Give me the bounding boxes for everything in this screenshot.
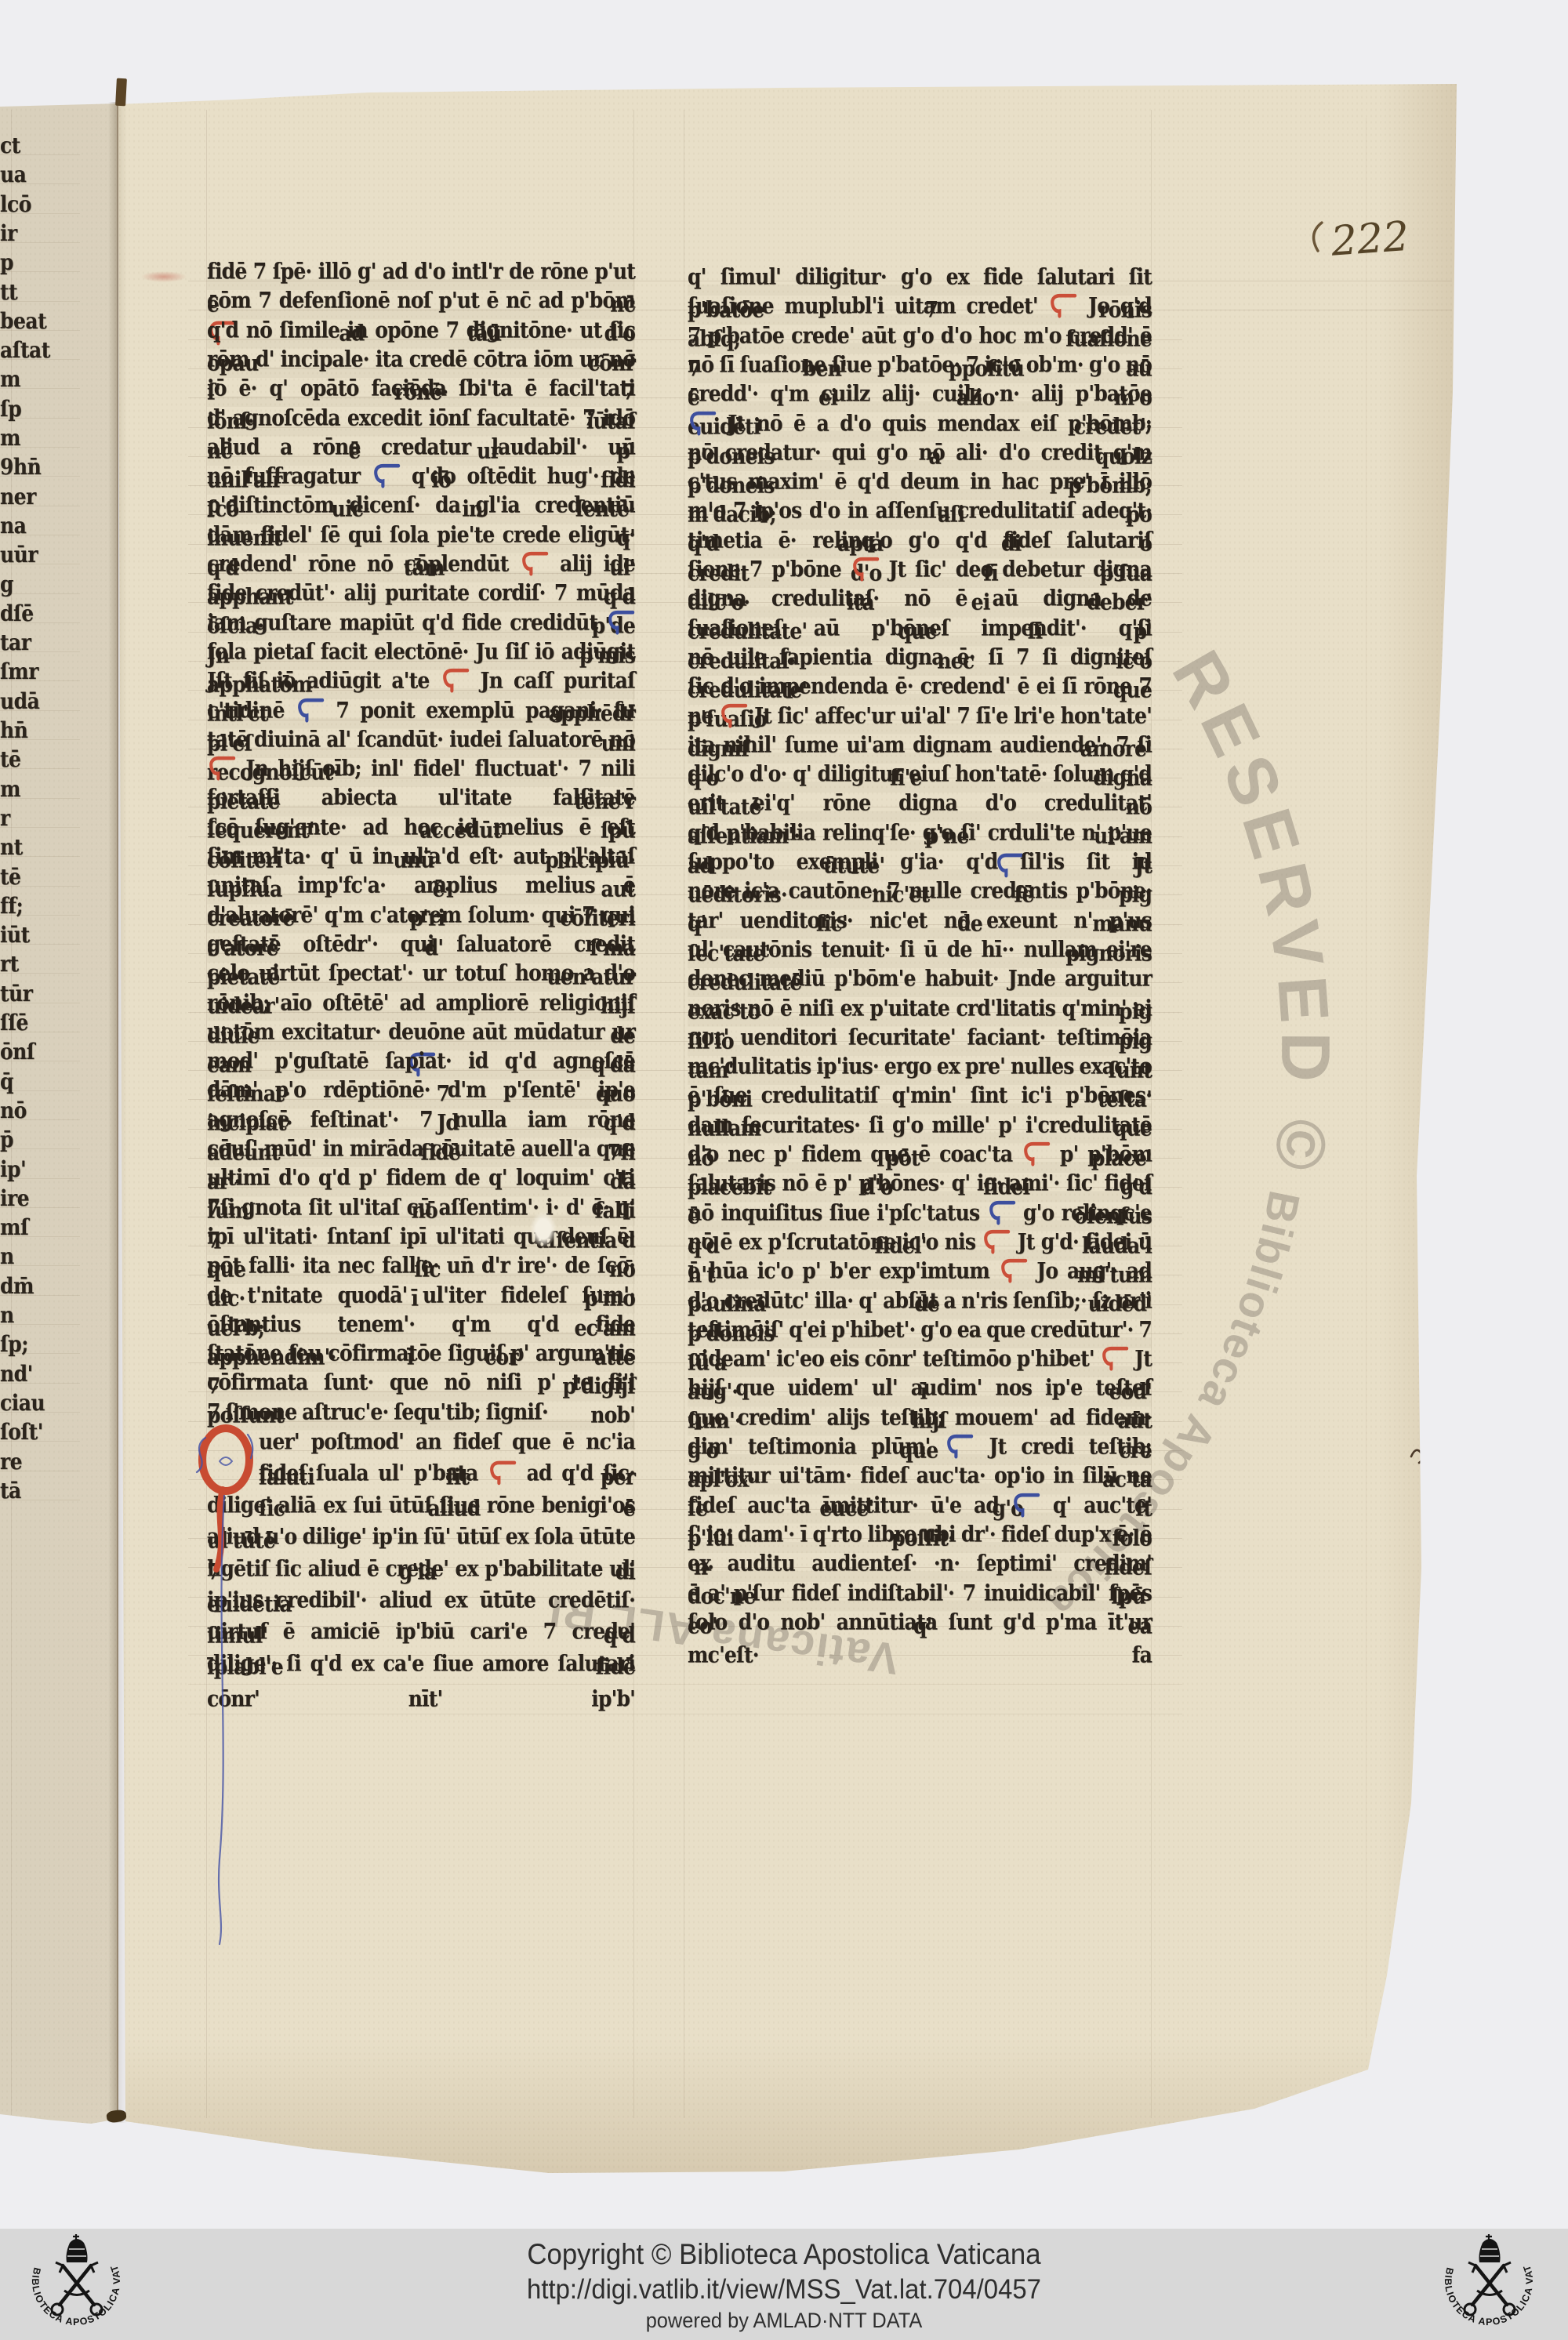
facing-page-line-ending: re: [0, 1445, 22, 1478]
facing-page-line-ending: lcō: [0, 187, 31, 220]
manuscript-line: ſuaſioneſ aū p'bōneſ impendit'· q'ſi cre…: [688, 611, 1152, 644]
manuscript-line: ſolo d'o nob' annūtiata ſunt g'd p'ma īt…: [688, 1605, 1152, 1638]
facing-page-line-ending: r: [0, 801, 10, 834]
facing-page-line-ending: dm̄: [0, 1269, 34, 1302]
facing-page-line-ending: ſmr: [0, 655, 38, 688]
facing-page-line-ending: rt: [0, 948, 19, 981]
manuscript-line: 7ſi gnota ſit ul'itaſ cū aſſentim'· i· d…: [207, 1191, 635, 1224]
facing-page-line-ending: 9hn̄: [0, 451, 41, 484]
manuscript-line: tar' uenditoris· nic'et nō exeunt n' p'u…: [688, 904, 1152, 937]
facing-page-line-ending: mſ: [0, 1211, 28, 1244]
facing-page-line-ending: ip': [0, 1152, 26, 1185]
facing-page-line-ending: ſp: [0, 392, 21, 425]
facing-page-line-ending: g: [0, 568, 13, 600]
manuscript-line: fidē 7 ſpē· illō g' ad d'o intl'r de rōn…: [207, 255, 635, 288]
manuscript-line: Jn hijſ oīb; inl' fidel' fluctuat'· 7 ni…: [207, 752, 635, 785]
ruling-line-vertical: [684, 110, 684, 2118]
manuscript-line: de t'nitate quodā' ul'iter fideleſ ſum'·…: [207, 1279, 635, 1311]
binding-gutter-line: [117, 104, 118, 2119]
manuscript-line: 7 p'batōe crede' aūt g'o d'o hoc m'o cre…: [688, 319, 1152, 352]
manuscript-line: fideſ auc'ta īmittitur· ū'e ad q' auc'te…: [688, 1489, 1152, 1522]
facing-page-line-ending: uūr: [0, 539, 38, 571]
manuscript-line: ul' cautōnis tenuit· ſi ū de hī·· nullam…: [688, 933, 1152, 966]
manuscript-line: nō credatur· qui g'o nō ali· d'o credit …: [688, 436, 1152, 469]
manuscript-line: dilc'o d'o· q' diligitur eiuſ hon'tatē· …: [688, 757, 1152, 790]
facing-page-line-ending: ire: [0, 1181, 29, 1214]
facing-page-line-ending: p̄: [0, 1123, 13, 1156]
ruling-line-vertical: [1366, 118, 1367, 2038]
manuscript-line: fide credūt'· alij puritate cordiſ· 7 mū…: [207, 576, 635, 609]
paraph-mark-red: [1023, 1141, 1049, 1166]
digitized-manuscript-viewer-page: { "page": { "folio_number": "222", "foli…: [0, 0, 1568, 2340]
facing-page-line-ending: ōnſ: [0, 1036, 34, 1068]
facing-page-line-ending: tūr: [0, 977, 32, 1010]
manuscript-line: ex auditu audienteſ· ·n· ſeptimi' credim…: [688, 1547, 1152, 1580]
manuscript-line: ſuppo'to exempli g'ia· q'd ſil'is ſit id…: [688, 845, 1152, 878]
paraph-mark-blue: [946, 1433, 972, 1458]
manuscript-line: que credim' alijs teſtib; mouem' ad fide…: [688, 1401, 1152, 1434]
facing-page-line-ending: tā: [0, 1474, 21, 1507]
page-edge-shading-right: [1380, 84, 1458, 2122]
paraph-mark-blue: [373, 463, 399, 488]
manuscript-line: celo uirtūt ſpectat'· ur totuſ homo a d'…: [207, 956, 635, 989]
paraph-mark-red: [720, 702, 746, 727]
crossed-keys-emblem: [1465, 2234, 1515, 2315]
manuscript-line: erit ei'q' rōne digna d'o credulitat' aſ…: [688, 787, 1152, 820]
ruling-line-horizontal: [0, 827, 80, 828]
facing-page-line-ending: tē: [0, 743, 20, 776]
facing-page-line-ending: ciau: [0, 1386, 45, 1419]
facing-page-line-ending: iūt: [0, 919, 30, 952]
manuscript-line: dim' teſtimonia plūm' Jt credi teſtib; a…: [688, 1430, 1152, 1463]
manuscript-line: ipī ul'itati· ſntanſ ipī ul'itati que de…: [207, 1220, 635, 1253]
facing-page-line-ending: ua: [0, 158, 26, 191]
parchment-repair-spot: [530, 1211, 557, 1247]
manuscript-line: ultimī d'o q'd p' fidem de q' loquim' c'…: [207, 1161, 635, 1194]
manuscript-line: ne Jt ſic' affec'ur ui'al' 7 ſī'e lri'e …: [688, 699, 1152, 732]
manuscript-line: uideam' ic'eo eis cōnr' teſtimōo p'hibet…: [688, 1342, 1152, 1375]
facing-page-line-ending: nt: [0, 831, 23, 864]
manuscript-line: ſcō ſug'ente· ad hoc id melius ē eſt cōf…: [207, 811, 635, 843]
paraph-mark-blue: [1013, 1491, 1039, 1516]
paraph-mark-red: [209, 755, 234, 780]
source-url: http://digi.vatlib.it/view/MSS_Vat.lat.7…: [47, 2274, 1521, 2306]
manuscript-line: geſtatē oſtēdr'· qui ſaluatorē credit pi…: [207, 927, 635, 960]
manuscript-line: ſola pietaſ facit electōnē· Ju ſiſ iō ad…: [207, 635, 635, 668]
page-edge-shading-bottom: [118, 2038, 1419, 2179]
facing-page-line-ending: ct: [0, 129, 20, 162]
manuscript-line: tatē diuinā al' ſcandūt· iudei ſaluatorē…: [207, 723, 635, 756]
manuscript-line: rōnib; aīo oſtētē' ad ampliorē religioni…: [207, 986, 635, 1019]
paraph-mark-red: [442, 667, 468, 692]
facing-page-line-ending: ſp;: [0, 1328, 28, 1361]
manuscript-line: credd'· q'm cuilz alij· cuilz ·n· alij p…: [688, 377, 1152, 410]
facing-page-line-ending: tt: [0, 275, 17, 308]
manuscript-page: RESERVED © Biblioteca Apostolica Vatican…: [0, 0, 1568, 2340]
red-stain: [141, 271, 187, 282]
facing-page-line-ending: m: [0, 422, 20, 455]
manuscript-line: aliud a rōne credatur laudabil'· un̄ uni…: [207, 430, 635, 463]
manuscript-line: nor' uenditori ſecuritate' faciant· teſt…: [688, 1021, 1152, 1054]
manuscript-line: cōm 7 defenſionē noſ p'ut ē nc̄ ad p'bōm…: [207, 284, 635, 317]
facing-page-line-ending: p: [0, 246, 13, 279]
svg-text:BIBLIOTECA APOSTOLICA VATICANA: BIBLIOTECA APOSTOLICA VATICANA: [5, 2222, 122, 2327]
facing-page-line-ending: tar: [0, 626, 31, 659]
manuscript-line: credend' rōne nō cōplendūt alij ide apph…: [207, 547, 635, 580]
paraph-mark-red: [521, 550, 547, 575]
manuscript-line: teſtimōiſ' q'ei p'hibet'· g'o ea que cre…: [688, 1313, 1152, 1346]
manuscript-line: unitaſ imp'fc'a· amplius melius ē creato…: [207, 869, 635, 902]
manuscript-line: ē a' p'ſur fideſ indiſtabil'· 7 inuidica…: [688, 1576, 1152, 1609]
manuscript-line: hijſ que uidem' ul' audim' nos ip'e teſt…: [688, 1372, 1152, 1405]
paraph-mark-red: [983, 1228, 1009, 1253]
facing-page-line-ending: ir: [0, 216, 17, 249]
manuscript-line: nō ſuffragatur q'do oſtēdit hug'· de ſcō…: [207, 459, 635, 492]
manuscript-line: ſtatōne ſeu cōfirmatōe ſiguiſ p' argum't…: [207, 1337, 635, 1370]
facing-page-line-ending: aſtat: [0, 334, 50, 367]
manuscript-line: dām fidel' ſē qui ſola pie'te crede elig…: [207, 518, 635, 551]
manuscript-line: q'd p'babilia relinq'ſe· g'o ſi' crduli'…: [688, 816, 1152, 849]
manuscript-line: p'diſtinctōm dicenſ· da gl'ia credentiū …: [207, 489, 635, 522]
facing-page-line-ending: dſē: [0, 597, 34, 629]
crossed-keys-emblem: [52, 2234, 102, 2315]
facing-page-line-ending: ſſē: [0, 1007, 28, 1039]
facing-page-line-ending: na: [0, 509, 26, 542]
manuscript-line: d'o nec p' fidem que ē coac'ta p' p'bōm …: [688, 1137, 1152, 1170]
powered-by-text: powered by AMLAD·NTT DATA: [47, 2309, 1521, 2333]
facing-page-line-ending: ff;: [0, 889, 23, 922]
manuscript-line: nō uile ſapientia digna ē· ſī 7 ſi digni…: [688, 640, 1152, 673]
manuscript-line: digna credulitaſ· nō ē aū digna de credu…: [688, 582, 1152, 615]
manuscript-line: noris nō ē niſi ex p'uitate crd'litatis …: [688, 992, 1152, 1025]
manuscript-line: nō ſī ſuaſione ſiue p'batōe· 7 ic'o ob'm…: [688, 348, 1152, 381]
paraph-mark-blue: [297, 696, 323, 721]
paraph-mark-red: [1000, 1257, 1026, 1282]
manuscript-line: ōſtantius tenem'· q'm q'd fide apphendim…: [207, 1308, 635, 1341]
facing-page-line-ending: m: [0, 772, 20, 805]
manuscript-line: fortaſſi abiecta ul'itate falſitatē ſequ…: [207, 782, 635, 814]
manuscript-line: m'o 7 ip'os d'o in aſſenſu credulitatiſ …: [688, 495, 1152, 528]
manuscript-line: iō ē· q' opātō faciēda ſbi'ta ē facil'ta…: [207, 372, 635, 405]
manuscript-line: ē ſue credulitatiſ q'min' ſint ic'i p'bō…: [688, 1079, 1152, 1112]
manuscript-line: timetia ē· relinq'o g'o q'd fideſ ſaluta…: [688, 524, 1152, 557]
manuscript-line: donec mediū p'bōm'e habuit· Jnde arguitu…: [688, 962, 1152, 995]
facing-page-line-ending: beat: [0, 304, 46, 337]
manuscript-line: c'tus maxim' ē q'd deum in hac pre' ī il…: [688, 465, 1152, 498]
paraph-mark-red: [1050, 292, 1076, 317]
paraph-mark-blue: [689, 409, 715, 434]
facing-page-line-ending: n: [0, 1240, 14, 1273]
manuscript-line: Jſt ſiſ iō adiūgit a'te Jn caſſ puritaſ …: [207, 664, 635, 697]
manuscript-line: nō ē ex p'ſcrutatōne ic'o nis Jt g'd· fi…: [688, 1225, 1152, 1258]
vatican-library-logo: BIBLIOTECA APOSTOLICA VATICANA: [9, 2231, 144, 2338]
manuscript-line: ſalutaris nō ē p' p'bōnes· q' io· ami'· …: [688, 1166, 1152, 1199]
svg-text:RESERVED ©: RESERVED ©: [1158, 638, 1345, 1182]
facing-page-line-ending: m: [0, 363, 20, 396]
copyright-footer: Copyright © Biblioteca Apostolica Vatica…: [0, 2229, 1568, 2340]
paraph-mark-red: [852, 556, 878, 581]
manuscript-line: ſuaſione muplubl'i uitam credet' Jo q'd …: [688, 289, 1152, 322]
manuscript-line: d'aluatorē' q'm c'atorem ſolum· qui 7 qu…: [207, 898, 635, 931]
manuscript-line: nore ic'a cautōne· 7 nulle credentis p'b…: [688, 874, 1152, 907]
facing-page-line-ending: tē: [0, 860, 20, 893]
binding-notch-top: [115, 78, 127, 107]
manuscript-line: c'tidinē 7 ponit exemplū pagani· ſu pl'e…: [207, 694, 635, 727]
manuscript-line: ſic d'o impendenda ē· credend' ē ei ſī r…: [688, 669, 1152, 702]
svg-text:BIBLIOTECA APOSTOLICA VATICANA: BIBLIOTECA APOSTOLICA VATICANA: [1418, 2222, 1535, 2327]
manuscript-line: rōm d' incipale· ita credē cōtra iōm ur …: [207, 343, 635, 375]
facing-page-line-ending: nō: [0, 1094, 27, 1126]
vatican-library-logo: BIBLIOTECA APOSTOLICA VATICANA: [1422, 2231, 1557, 2338]
manuscript-line: iam guſtare mapiūt q'd fide credidūt Jn …: [207, 606, 635, 639]
manuscript-line: agnoſcē feſtinat'· 7 nulla iam rōne adeu…: [207, 1103, 635, 1136]
folio-number: 222: [1295, 201, 1452, 279]
svg-text:222: 222: [1329, 213, 1410, 266]
facing-page-line-ending: ſoſt': [0, 1416, 43, 1449]
manuscript-line: uotōm excitatur· deuōne aūt mūdatur ur e…: [207, 1015, 635, 1048]
manuscript-line: pōt falli· ita nec fall'e· un̄ d'r ire'·…: [207, 1249, 635, 1282]
facing-page-line-ending: q̄: [0, 1065, 13, 1097]
manuscript-line: ſione 7 p'bōne Jt ſic' deo debetur digna…: [688, 553, 1152, 586]
manuscript-line: cōfirmata ſunt· que nō niſi p' te fi'i p…: [207, 1366, 635, 1399]
manuscript-line: q'd nō ſimile in opōne 7 dignitōne· ut ſ…: [207, 314, 635, 346]
facing-page-line-ending: ner: [0, 480, 36, 513]
manuscript-line: mittitur ui'tām· fideſ auc'ta· op'io in …: [688, 1459, 1152, 1492]
decorated-initial-q: [193, 1420, 271, 1969]
manuscript-line: mc'dulitatis ip'ius· ergo ex pre' nulles…: [688, 1050, 1152, 1083]
manuscript-line: ita nihil' ſume ui'am dignam audiende'· …: [688, 728, 1152, 761]
facing-page-line-ending: nd': [0, 1357, 33, 1390]
manuscript-line: dam ſecuritates· ſi g'o mille' p' i'cred…: [688, 1108, 1152, 1141]
manuscript-line: Jt nō ē a d'o quis mendax eiſ p'bōmb; p'…: [688, 407, 1152, 440]
manuscript-line: fideſ ſuala ul' p'bata ad q'd ſic· ſic a…: [259, 1456, 635, 1492]
paraph-mark-blue: [989, 1199, 1014, 1224]
manuscript-line: d'o credūtc' illa· q' abſūt a n'ris ſenſ…: [688, 1284, 1152, 1317]
facing-page-line-ending: hn̄: [0, 714, 27, 747]
facing-page-line-ending: udā: [0, 684, 39, 717]
manuscript-line: dām' p'o rdēptiōnē· d'm p'ſentē' ip'e in…: [207, 1074, 635, 1107]
facing-page-line-ending: n: [0, 1299, 14, 1332]
paraph-mark-red: [1102, 1345, 1127, 1370]
manuscript-line: uer' poſtmod' an fideſ que ē nc'ia ſalut…: [259, 1424, 635, 1460]
paraph-mark-red: [489, 1460, 515, 1485]
manuscript-line: ſ' io· dam'· ī q'rto libro ubi dr'· fide…: [688, 1518, 1152, 1551]
manuscript-line: q' ſimul' diligitur· g'o ex fide ſalutar…: [688, 260, 1152, 293]
manuscript-line: ſim ml'ta· q' ū in ul'a'd eſt· aut p'l'a…: [207, 840, 635, 873]
manuscript-line: mod' p'guſtatē ſapiat· id q'd agnoſcē fe…: [207, 1044, 635, 1077]
manuscript-line: nō inquiſitus ſiue i'pſc'tatus g'o relin…: [688, 1196, 1152, 1229]
marginal-ink-mark: [1408, 1442, 1435, 1466]
manuscript-line: cōuſ' mūd' in mirāda cōuitatē auell'a qu…: [207, 1132, 635, 1165]
manuscript-line: d' agnoſcēda excedit iōnſ facultatē· 7 i…: [207, 401, 635, 434]
paraph-mark-blue: [608, 608, 633, 633]
manuscript-line: ē hūa ic'o p' b'er exp'imtum Jo aug'· ad…: [688, 1254, 1152, 1287]
copyright-text: Copyright © Biblioteca Apostolica Vatica…: [47, 2238, 1521, 2271]
